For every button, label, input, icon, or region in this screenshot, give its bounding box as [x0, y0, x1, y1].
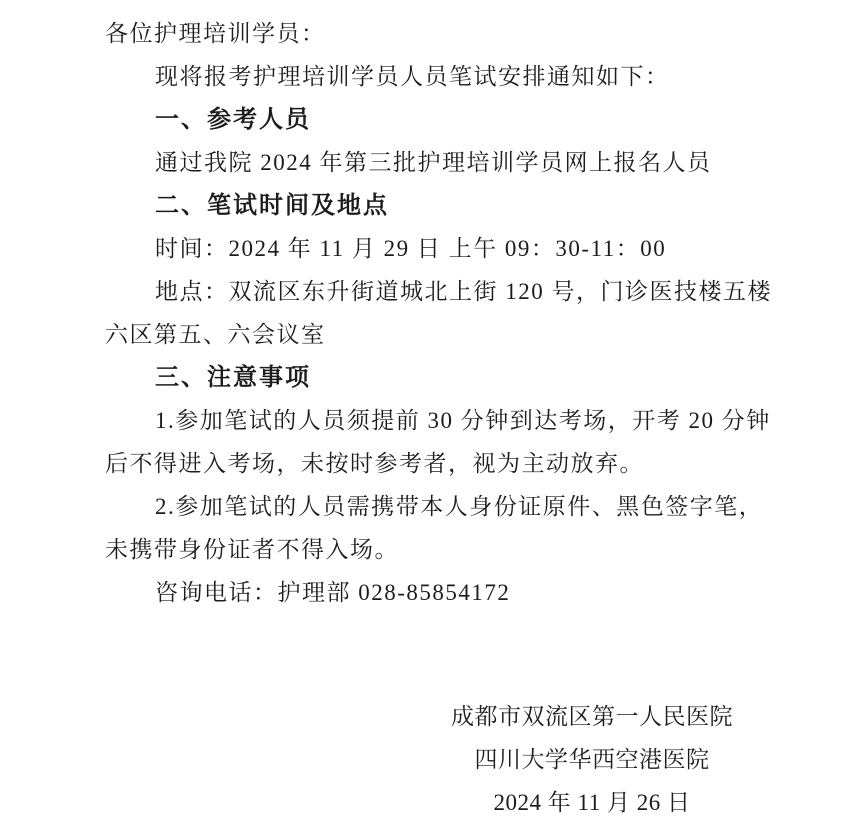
heading-section-3: 三、注意事项	[105, 356, 804, 399]
heading-section-1: 一、参考人员	[105, 98, 804, 141]
document-page: 各位护理培训学员： 现将报考护理培训学员人员笔试安排通知如下： 一、参考人员 通…	[0, 0, 864, 839]
line-exam-location-continued: 六区第五、六会议室	[105, 313, 804, 356]
signature-hospital-1: 成都市双流区第一人民医院	[444, 695, 740, 738]
line-contact-phone: 咨询电话：护理部 028-85854172	[105, 571, 804, 614]
line-intro: 现将报考护理培训学员人员笔试安排通知如下：	[105, 55, 804, 98]
line-participants: 通过我院 2024 年第三批护理培训学员网上报名人员	[105, 141, 804, 184]
line-salutation: 各位护理培训学员：	[105, 12, 804, 55]
signature-hospital-2: 四川大学华西空港医院	[444, 738, 740, 781]
heading-section-2: 二、笔试时间及地点	[105, 184, 804, 227]
line-note-2-continued: 未携带身份证者不得入场。	[105, 528, 804, 571]
blank-space	[105, 614, 804, 695]
line-note-2: 2.参加笔试的人员需携带本人身份证原件、黑色签字笔，	[105, 485, 804, 528]
signature-block: 成都市双流区第一人民医院 四川大学华西空港医院 2024 年 11 月 26 日	[444, 695, 740, 824]
line-exam-time: 时间：2024 年 11 月 29 日 上午 09：30-11：00	[105, 227, 804, 270]
line-note-1-continued: 后不得进入考场，未按时参考者，视为主动放弃。	[105, 442, 804, 485]
line-exam-location: 地点：双流区东升街道城北上街 120 号，门诊医技楼五楼	[105, 270, 804, 313]
signature-date: 2024 年 11 月 26 日	[444, 781, 740, 824]
line-note-1: 1.参加笔试的人员须提前 30 分钟到达考场，开考 20 分钟	[105, 399, 804, 442]
